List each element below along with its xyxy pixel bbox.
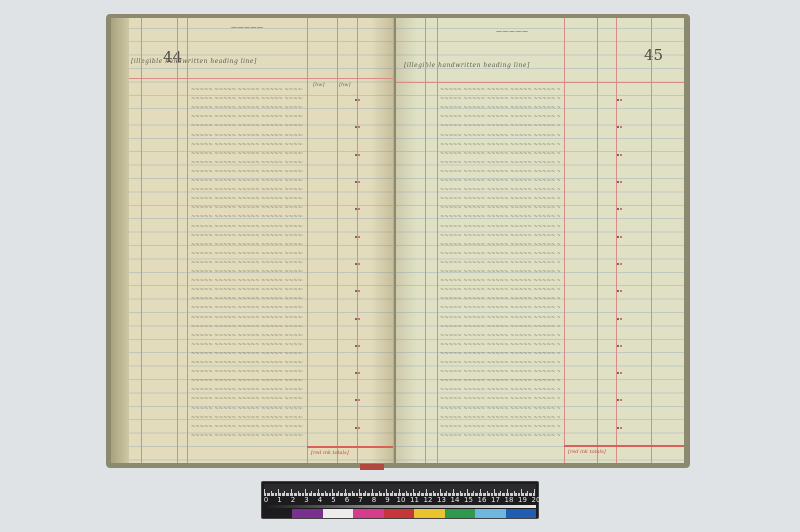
entry-line: ~~~~~ ~~~~~ ~~~~~ ~~~~~ ~~~~~ ~~~~~ ~~~~ xyxy=(191,106,303,111)
gutter-shadow xyxy=(371,18,393,463)
ruler-label: 5 xyxy=(331,496,335,504)
amount-mark xyxy=(355,345,357,347)
entry-line: ~~~~~ ~~~~~ ~~~~~ ~~~~~ ~~~~~ ~~~~~ ~~~~ xyxy=(440,325,560,330)
ruler-label: 1 xyxy=(277,496,281,504)
color-swatch xyxy=(292,509,323,518)
entry-line: ~~~~~ ~~~~~ ~~~~~ ~~~~~ ~~~~~ ~~~~~ ~~~~ xyxy=(191,425,303,430)
color-swatch xyxy=(353,509,384,518)
entry-line: ~~~~~ ~~~~~ ~~~~~ ~~~~~ ~~~~~ ~~~~~ ~~~~ xyxy=(191,388,303,393)
amount-mark-red xyxy=(620,345,622,347)
entry-line: ~~~~~ ~~~~~ ~~~~~ ~~~~~ ~~~~~ ~~~~~ ~~~~ xyxy=(191,407,303,412)
entry-line: ~~~~~ ~~~~~ ~~~~~ ~~~~~ ~~~~~ ~~~~~ ~~~~ xyxy=(440,243,560,248)
entry-line: ~~~~~ ~~~~~ ~~~~~ ~~~~~ ~~~~~ ~~~~~ ~~~~ xyxy=(440,170,560,175)
column-rule-amount-2 xyxy=(357,18,358,463)
entry-line: ~~~~~ ~~~~~ ~~~~~ ~~~~~ ~~~~~ ~~~~~ ~~~~ xyxy=(440,234,560,239)
entry-line: ~~~~~ ~~~~~ ~~~~~ ~~~~~ ~~~~~ ~~~~~ ~~~~ xyxy=(440,388,560,393)
entry-line: ~~~~~ ~~~~~ ~~~~~ ~~~~~ ~~~~~ ~~~~~ ~~~~ xyxy=(440,297,560,302)
entry-line: ~~~~~ ~~~~~ ~~~~~ ~~~~~ ~~~~~ ~~~~~ ~~~~ xyxy=(191,334,303,339)
amount-mark-red xyxy=(358,236,360,238)
amount-mark-red xyxy=(358,372,360,374)
entry-line: ~~~~~ ~~~~~ ~~~~~ ~~~~~ ~~~~~ ~~~~~ ~~~~ xyxy=(191,234,303,239)
left-page: ————— 44 [illegible handwritten heading … xyxy=(111,18,394,463)
entry-line: ~~~~~ ~~~~~ ~~~~~ ~~~~~ ~~~~~ ~~~~~ ~~~~ xyxy=(191,434,303,439)
amount-mark-red xyxy=(358,345,360,347)
amount-mark xyxy=(617,399,619,401)
entry-line: ~~~~~ ~~~~~ ~~~~~ ~~~~~ ~~~~~ ~~~~~ ~~~~ xyxy=(191,297,303,302)
entry-line: ~~~~~ ~~~~~ ~~~~~ ~~~~~ ~~~~~ ~~~~~ ~~~~ xyxy=(191,215,303,220)
amount-mark-red xyxy=(620,208,622,210)
amount-mark-red xyxy=(620,236,622,238)
color-swatch xyxy=(445,509,476,518)
entry-line: ~~~~~ ~~~~~ ~~~~~ ~~~~~ ~~~~~ ~~~~~ ~~~~ xyxy=(191,416,303,421)
ruler-label: 20 xyxy=(532,496,541,504)
entry-line: ~~~~~ ~~~~~ ~~~~~ ~~~~~ ~~~~~ ~~~~~ ~~~~ xyxy=(440,434,560,439)
entry-line: ~~~~~ ~~~~~ ~~~~~ ~~~~~ ~~~~~ ~~~~~ ~~~~ xyxy=(440,252,560,257)
amount-mark-red xyxy=(358,399,360,401)
ruler-label: 11 xyxy=(410,496,419,504)
entry-line: ~~~~~ ~~~~~ ~~~~~ ~~~~~ ~~~~~ ~~~~~ ~~~~ xyxy=(440,197,560,202)
entry-line: ~~~~~ ~~~~~ ~~~~~ ~~~~~ ~~~~~ ~~~~~ ~~~~ xyxy=(191,379,303,384)
entry-line: ~~~~~ ~~~~~ ~~~~~ ~~~~~ ~~~~~ ~~~~~ ~~~~ xyxy=(191,352,303,357)
amount-mark xyxy=(617,99,619,101)
entry-line: ~~~~~ ~~~~~ ~~~~~ ~~~~~ ~~~~~ ~~~~~ ~~~~ xyxy=(191,88,303,93)
amount-mark xyxy=(617,181,619,183)
entry-line: ~~~~~ ~~~~~ ~~~~~ ~~~~~ ~~~~~ ~~~~~ ~~~~ xyxy=(191,143,303,148)
column-rule-amount-2 xyxy=(616,18,617,463)
entry-line: ~~~~~ ~~~~~ ~~~~~ ~~~~~ ~~~~~ ~~~~~ ~~~~ xyxy=(191,206,303,211)
column-header-amount-2: [hw] xyxy=(339,82,350,88)
entry-line: ~~~~~ ~~~~~ ~~~~~ ~~~~~ ~~~~~ ~~~~~ ~~~~ xyxy=(440,225,560,230)
amount-mark xyxy=(617,126,619,128)
entry-line: ~~~~~ ~~~~~ ~~~~~ ~~~~~ ~~~~~ ~~~~~ ~~~~ xyxy=(191,306,303,311)
entry-line: ~~~~~ ~~~~~ ~~~~~ ~~~~~ ~~~~~ ~~~~~ ~~~~ xyxy=(440,179,560,184)
amount-mark-red xyxy=(620,154,622,156)
amount-mark xyxy=(617,427,619,429)
entry-line: ~~~~~ ~~~~~ ~~~~~ ~~~~~ ~~~~~ ~~~~~ ~~~~ xyxy=(191,397,303,402)
amount-mark xyxy=(355,154,357,156)
color-patches xyxy=(292,509,536,518)
entry-line: ~~~~~ ~~~~~ ~~~~~ ~~~~~ ~~~~~ ~~~~~ ~~~~ xyxy=(191,361,303,366)
color-swatch xyxy=(506,509,537,518)
entry-line: ~~~~~ ~~~~~ ~~~~~ ~~~~~ ~~~~~ ~~~~~ ~~~~ xyxy=(191,179,303,184)
column-rule-date xyxy=(425,18,426,463)
color-calibration-scale: 01234567891011121314151617181920 xyxy=(261,481,539,519)
ledger-book: ————— 44 [illegible handwritten heading … xyxy=(106,14,690,468)
entry-line: ~~~~~ ~~~~~ ~~~~~ ~~~~~ ~~~~~ ~~~~~ ~~~~ xyxy=(440,124,560,129)
amount-mark xyxy=(355,318,357,320)
entry-line: ~~~~~ ~~~~~ ~~~~~ ~~~~~ ~~~~~ ~~~~~ ~~~~ xyxy=(440,206,560,211)
spine-bookmark xyxy=(360,464,384,470)
totals-rule-left xyxy=(307,446,393,448)
amount-mark xyxy=(617,372,619,374)
ruler-label: 8 xyxy=(372,496,376,504)
ruler-label: 19 xyxy=(518,496,527,504)
entry-line: ~~~~~ ~~~~~ ~~~~~ ~~~~~ ~~~~~ ~~~~~ ~~~~ xyxy=(191,197,303,202)
ruler-label: 3 xyxy=(304,496,308,504)
column-rule-remarks xyxy=(651,18,652,463)
ruler-label: 10 xyxy=(397,496,406,504)
amount-mark xyxy=(617,345,619,347)
entry-line: ~~~~~ ~~~~~ ~~~~~ ~~~~~ ~~~~~ ~~~~~ ~~~~ xyxy=(440,352,560,357)
amount-mark-red xyxy=(620,399,622,401)
amount-mark xyxy=(617,154,619,156)
entry-line: ~~~~~ ~~~~~ ~~~~~ ~~~~~ ~~~~~ ~~~~~ ~~~~ xyxy=(440,425,560,430)
ruler-label: 7 xyxy=(358,496,362,504)
totals-left: [red ink totals] xyxy=(311,450,349,456)
column-rule-particulars xyxy=(187,18,188,463)
header-rule xyxy=(396,82,684,83)
entry-line: ~~~~~ ~~~~~ ~~~~~ ~~~~~ ~~~~~ ~~~~~ ~~~~ xyxy=(440,88,560,93)
ruler-label: 6 xyxy=(345,496,349,504)
entry-line: ~~~~~ ~~~~~ ~~~~~ ~~~~~ ~~~~~ ~~~~~ ~~~~ xyxy=(440,161,560,166)
entry-line: ~~~~~ ~~~~~ ~~~~~ ~~~~~ ~~~~~ ~~~~~ ~~~~ xyxy=(440,361,560,366)
amount-mark xyxy=(617,236,619,238)
entry-line: ~~~~~ ~~~~~ ~~~~~ ~~~~~ ~~~~~ ~~~~~ ~~~~ xyxy=(440,106,560,111)
heading-line-right: [illegible handwritten heading line] xyxy=(404,62,644,69)
ruler-label: 0 xyxy=(264,496,268,504)
entry-line: ~~~~~ ~~~~~ ~~~~~ ~~~~~ ~~~~~ ~~~~~ ~~~~ xyxy=(440,334,560,339)
entry-line: ~~~~~ ~~~~~ ~~~~~ ~~~~~ ~~~~~ ~~~~~ ~~~~ xyxy=(191,279,303,284)
entry-line: ~~~~~ ~~~~~ ~~~~~ ~~~~~ ~~~~~ ~~~~~ ~~~~ xyxy=(440,316,560,321)
ruler-label: 13 xyxy=(437,496,446,504)
entry-line: ~~~~~ ~~~~~ ~~~~~ ~~~~~ ~~~~~ ~~~~~ ~~~~ xyxy=(440,97,560,102)
ruler-label: 2 xyxy=(291,496,295,504)
entry-line: ~~~~~ ~~~~~ ~~~~~ ~~~~~ ~~~~~ ~~~~~ ~~~~ xyxy=(191,97,303,102)
amount-mark-red xyxy=(358,208,360,210)
amount-mark-red xyxy=(358,154,360,156)
entry-line: ~~~~~ ~~~~~ ~~~~~ ~~~~~ ~~~~~ ~~~~~ ~~~~ xyxy=(191,170,303,175)
entry-line: ~~~~~ ~~~~~ ~~~~~ ~~~~~ ~~~~~ ~~~~~ ~~~~ xyxy=(440,115,560,120)
entry-line: ~~~~~ ~~~~~ ~~~~~ ~~~~~ ~~~~~ ~~~~~ ~~~~ xyxy=(440,261,560,266)
color-swatch xyxy=(384,509,415,518)
entry-line: ~~~~~ ~~~~~ ~~~~~ ~~~~~ ~~~~~ ~~~~~ ~~~~ xyxy=(191,243,303,248)
amount-mark-red xyxy=(358,181,360,183)
color-swatch xyxy=(475,509,506,518)
entry-line: ~~~~~ ~~~~~ ~~~~~ ~~~~~ ~~~~~ ~~~~~ ~~~~ xyxy=(440,279,560,284)
amount-mark xyxy=(617,318,619,320)
ruler-label: 16 xyxy=(478,496,487,504)
amount-mark-red xyxy=(358,318,360,320)
entry-line: ~~~~~ ~~~~~ ~~~~~ ~~~~~ ~~~~~ ~~~~~ ~~~~ xyxy=(440,288,560,293)
entry-line: ~~~~~ ~~~~~ ~~~~~ ~~~~~ ~~~~~ ~~~~~ ~~~~ xyxy=(191,252,303,257)
amount-mark-red xyxy=(358,126,360,128)
entry-line: ~~~~~ ~~~~~ ~~~~~ ~~~~~ ~~~~~ ~~~~~ ~~~~ xyxy=(440,306,560,311)
amount-mark-red xyxy=(620,126,622,128)
ruler-label: 14 xyxy=(451,496,460,504)
entry-line: ~~~~~ ~~~~~ ~~~~~ ~~~~~ ~~~~~ ~~~~~ ~~~~ xyxy=(191,115,303,120)
ruler-label: 18 xyxy=(505,496,514,504)
ruler-label: 17 xyxy=(491,496,500,504)
amount-mark-red xyxy=(620,318,622,320)
entry-line: ~~~~~ ~~~~~ ~~~~~ ~~~~~ ~~~~~ ~~~~~ ~~~~ xyxy=(440,416,560,421)
amount-mark-red xyxy=(620,263,622,265)
entry-line: ~~~~~ ~~~~~ ~~~~~ ~~~~~ ~~~~~ ~~~~~ ~~~~ xyxy=(440,343,560,348)
amount-mark xyxy=(617,263,619,265)
amount-mark xyxy=(355,427,357,429)
column-rule-particulars xyxy=(437,18,438,463)
column-header-amount-1: [hw] xyxy=(313,82,324,88)
entry-line: ~~~~~ ~~~~~ ~~~~~ ~~~~~ ~~~~~ ~~~~~ ~~~~ xyxy=(191,270,303,275)
entry-line: ~~~~~ ~~~~~ ~~~~~ ~~~~~ ~~~~~ ~~~~~ ~~~~ xyxy=(440,370,560,375)
column-rule-date xyxy=(177,18,178,463)
totals-right: [red ink totals] xyxy=(568,449,606,455)
entry-line: ~~~~~ ~~~~~ ~~~~~ ~~~~~ ~~~~~ ~~~~~ ~~~~ xyxy=(191,188,303,193)
amount-mark-red xyxy=(620,181,622,183)
header-rule xyxy=(129,78,393,79)
entry-line: ~~~~~ ~~~~~ ~~~~~ ~~~~~ ~~~~~ ~~~~~ ~~~~ xyxy=(440,134,560,139)
entry-line: ~~~~~ ~~~~~ ~~~~~ ~~~~~ ~~~~~ ~~~~~ ~~~~ xyxy=(191,370,303,375)
entry-line: ~~~~~ ~~~~~ ~~~~~ ~~~~~ ~~~~~ ~~~~~ ~~~~ xyxy=(191,261,303,266)
centimeter-ruler xyxy=(264,484,536,496)
entry-line: ~~~~~ ~~~~~ ~~~~~ ~~~~~ ~~~~~ ~~~~~ ~~~~ xyxy=(440,188,560,193)
totals-rule-right xyxy=(564,445,684,447)
grey-gradient-strip xyxy=(264,505,536,508)
amount-mark-red xyxy=(358,263,360,265)
heading-line-left: [illegible handwritten heading line] xyxy=(131,58,391,65)
page-number-right: 45 xyxy=(644,46,663,64)
amount-mark-red xyxy=(620,290,622,292)
ruler-label: 4 xyxy=(318,496,322,504)
entry-line: ~~~~~ ~~~~~ ~~~~~ ~~~~~ ~~~~~ ~~~~~ ~~~~ xyxy=(191,325,303,330)
amount-mark-red xyxy=(620,99,622,101)
ruler-label: 15 xyxy=(464,496,473,504)
entry-line: ~~~~~ ~~~~~ ~~~~~ ~~~~~ ~~~~~ ~~~~~ ~~~~ xyxy=(191,343,303,348)
amount-mark xyxy=(617,208,619,210)
amount-mark xyxy=(617,290,619,292)
ruler-tick xyxy=(534,489,535,496)
entry-line: ~~~~~ ~~~~~ ~~~~~ ~~~~~ ~~~~~ ~~~~~ ~~~~ xyxy=(440,152,560,157)
running-head-left: ————— xyxy=(231,24,264,31)
entry-line: ~~~~~ ~~~~~ ~~~~~ ~~~~~ ~~~~~ ~~~~~ ~~~~ xyxy=(191,161,303,166)
gutter-shadow xyxy=(396,18,418,463)
entry-line: ~~~~~ ~~~~~ ~~~~~ ~~~~~ ~~~~~ ~~~~~ ~~~~ xyxy=(440,407,560,412)
entry-line: ~~~~~ ~~~~~ ~~~~~ ~~~~~ ~~~~~ ~~~~~ ~~~~ xyxy=(440,143,560,148)
entry-line: ~~~~~ ~~~~~ ~~~~~ ~~~~~ ~~~~~ ~~~~~ ~~~~ xyxy=(440,215,560,220)
page-edge xyxy=(111,18,129,463)
ruler-label: 9 xyxy=(385,496,389,504)
entry-line: ~~~~~ ~~~~~ ~~~~~ ~~~~~ ~~~~~ ~~~~~ ~~~~ xyxy=(191,134,303,139)
entry-line: ~~~~~ ~~~~~ ~~~~~ ~~~~~ ~~~~~ ~~~~~ ~~~~ xyxy=(191,225,303,230)
amount-mark xyxy=(355,263,357,265)
entry-line: ~~~~~ ~~~~~ ~~~~~ ~~~~~ ~~~~~ ~~~~~ ~~~~ xyxy=(191,152,303,157)
entry-line: ~~~~~ ~~~~~ ~~~~~ ~~~~~ ~~~~~ ~~~~~ ~~~~ xyxy=(440,397,560,402)
amount-mark xyxy=(355,236,357,238)
column-rule-amount xyxy=(337,18,338,463)
amount-mark-red xyxy=(358,427,360,429)
column-rule-folio xyxy=(564,18,565,463)
right-page: ————— 45 [illegible handwritten heading … xyxy=(396,18,684,463)
color-swatch xyxy=(323,509,354,518)
entry-line: ~~~~~ ~~~~~ ~~~~~ ~~~~~ ~~~~~ ~~~~~ ~~~~ xyxy=(191,124,303,129)
margin-rule xyxy=(141,18,142,463)
amount-mark xyxy=(355,181,357,183)
column-rule-folio xyxy=(307,18,308,463)
ruler-label: 12 xyxy=(424,496,433,504)
entry-line: ~~~~~ ~~~~~ ~~~~~ ~~~~~ ~~~~~ ~~~~~ ~~~~ xyxy=(440,379,560,384)
amount-mark-red xyxy=(620,372,622,374)
running-head-right: ————— xyxy=(496,28,529,35)
amount-mark-red xyxy=(358,99,360,101)
color-swatch xyxy=(414,509,445,518)
amount-mark-red xyxy=(620,427,622,429)
entry-line: ~~~~~ ~~~~~ ~~~~~ ~~~~~ ~~~~~ ~~~~~ ~~~~ xyxy=(191,316,303,321)
column-rule-amount xyxy=(597,18,598,463)
amount-mark-red xyxy=(358,290,360,292)
entry-line: ~~~~~ ~~~~~ ~~~~~ ~~~~~ ~~~~~ ~~~~~ ~~~~ xyxy=(440,270,560,275)
entry-line: ~~~~~ ~~~~~ ~~~~~ ~~~~~ ~~~~~ ~~~~~ ~~~~ xyxy=(191,288,303,293)
